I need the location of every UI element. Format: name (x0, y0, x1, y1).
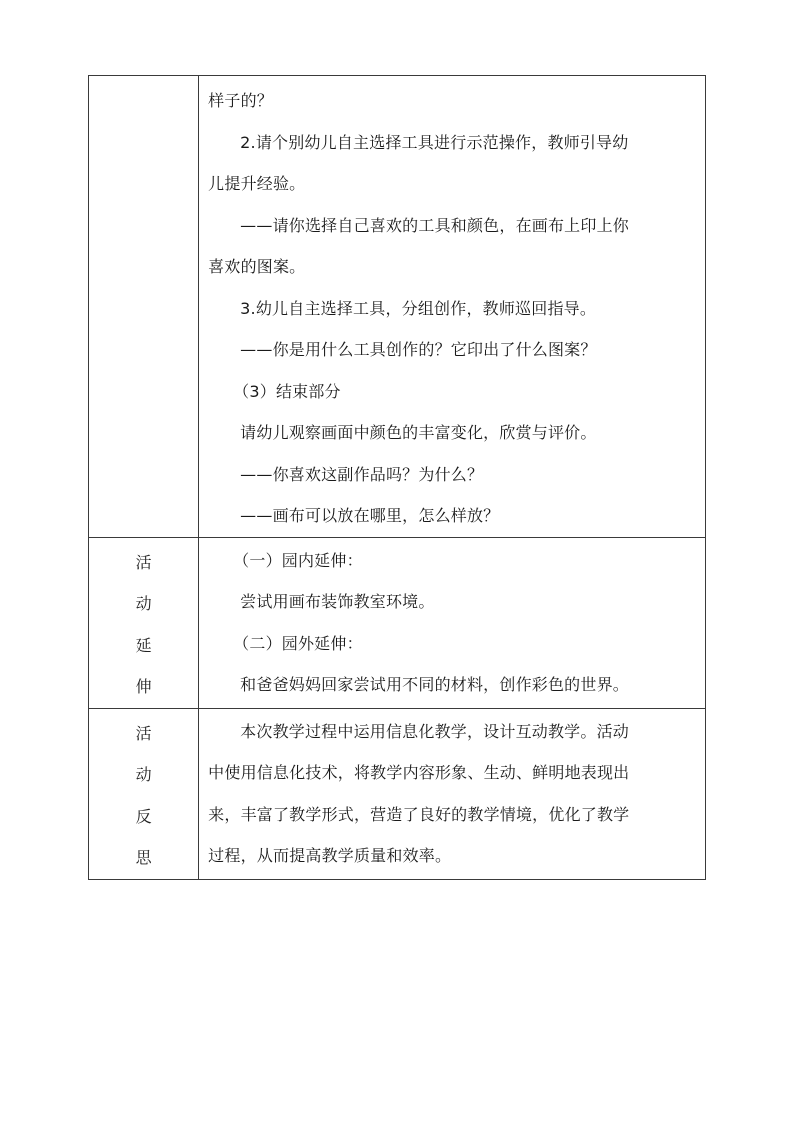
label-char: 伸 (136, 666, 152, 708)
label-char: 活 (136, 713, 152, 755)
content-line: 样子的？ (208, 80, 697, 122)
lesson-plan-table: 样子的？ 2.请个别幼儿自主选择工具进行示范操作，教师引导幼 儿提升经验。 ——… (88, 75, 706, 880)
extension-content-cell: （一）园内延伸： 尝试用画布装饰教室环境。 （二）园外延伸： 和爸爸妈妈回家尝试… (199, 537, 706, 708)
label-char: 动 (136, 583, 152, 625)
content-line: 来，丰富了教学形式，营造了良好的教学情境，优化了教学 (208, 794, 697, 836)
label-char: 延 (136, 625, 152, 667)
content-line: 喜欢的图案。 (208, 246, 697, 288)
row-label-activity-extension: 活 动 延 伸 (89, 537, 199, 708)
content-line-step-2: 2.请个别幼儿自主选择工具进行示范操作，教师引导幼 (208, 122, 697, 164)
reflection-content-cell: 本次教学过程中运用信息化教学，设计互动教学。活动 中使用信息化技术，将教学内容形… (199, 708, 706, 879)
content-line: 中使用信息化技术，将教学内容形象、生动、鲜明地表现出 (208, 752, 697, 794)
content-line-question: ——画布可以放在哪里，怎么样放？ (208, 495, 697, 537)
row-label-activity-reflection: 活 动 反 思 (89, 708, 199, 879)
section-heading-ending: （3）结束部分 (208, 371, 697, 413)
label-char: 动 (136, 754, 152, 796)
label-char: 反 (136, 796, 152, 838)
section-heading-out-of-school: （二）园外延伸： (208, 623, 697, 665)
content-line: 尝试用画布装饰教室环境。 (208, 581, 697, 623)
table-row-activity-reflection: 活 动 反 思 本次教学过程中运用信息化教学，设计互动教学。活动 中使用信息化技… (89, 708, 706, 879)
content-line: 儿提升经验。 (208, 163, 697, 205)
process-content-cell: 样子的？ 2.请个别幼儿自主选择工具进行示范操作，教师引导幼 儿提升经验。 ——… (199, 76, 706, 538)
content-line: 过程，从而提高教学质量和效率。 (208, 835, 697, 877)
content-line-step-3: 3.幼儿自主选择工具，分组创作，教师巡回指导。 (208, 288, 697, 330)
table-row-activity-extension: 活 动 延 伸 （一）园内延伸： 尝试用画布装饰教室环境。 （二）园外延伸： 和… (89, 537, 706, 708)
label-char: 活 (136, 542, 152, 584)
content-line-question: ——你喜欢这副作品吗？为什么？ (208, 454, 697, 496)
content-line: 本次教学过程中运用信息化教学，设计互动教学。活动 (208, 711, 697, 753)
content-line-question: ——你是用什么工具创作的？它印出了什么图案？ (208, 329, 697, 371)
label-char: 思 (136, 837, 152, 879)
content-line: 请幼儿观察画面中颜色的丰富变化，欣赏与评价。 (208, 412, 697, 454)
row-label-empty (89, 76, 199, 538)
table-row-process-continued: 样子的？ 2.请个别幼儿自主选择工具进行示范操作，教师引导幼 儿提升经验。 ——… (89, 76, 706, 538)
content-line: 和爸爸妈妈回家尝试用不同的材料，创作彩色的世界。 (208, 664, 697, 706)
section-heading-in-school: （一）园内延伸： (208, 540, 697, 582)
content-line-question: ——请你选择自己喜欢的工具和颜色，在画布上印上你 (208, 205, 697, 247)
